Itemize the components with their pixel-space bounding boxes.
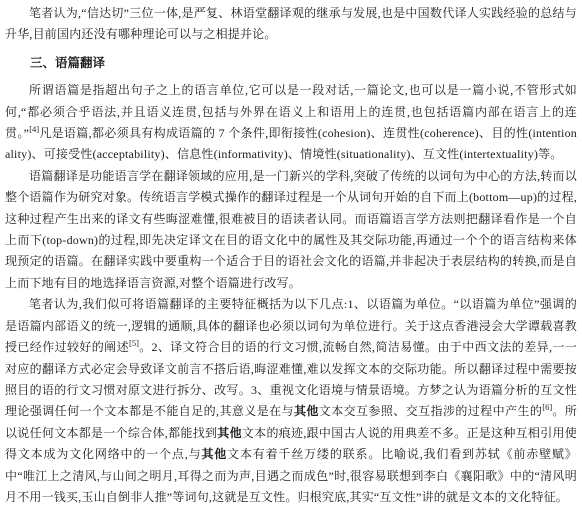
- emphasized-text: 其他: [217, 426, 242, 440]
- paragraph-discourse-translation-theory: 语篇翻译是功能语言学在翻译领域的应用,是一门新兴的学科,突破了传统的以词句为中心…: [5, 166, 577, 294]
- text-segment: 笔者认为,“信达切”三位一体,是严复、林语堂翻译观的继承与发展,也是中国数代译人…: [5, 6, 577, 41]
- paragraph-discourse-translation-features: 笔者认为,我们似可将语篇翻译的主要特征概括为以下几点:1、以语篇为单位。“以语篇…: [5, 294, 577, 508]
- paragraph-xindaqie-conclusion: 笔者认为,“信达切”三位一体,是严复、林语堂翻译观的继承与发展,也是中国数代译人…: [5, 3, 577, 46]
- text-segment: 凡是语篇,都必须具有构成语篇的 7 个条件,即衔接性(cohesion)、连贯性…: [5, 126, 577, 161]
- text-segment: 语篇翻译是功能语言学在翻译领域的应用,是一门新兴的学科,突破了传统的以词句为中心…: [5, 169, 577, 290]
- emphasized-text: 其他: [201, 447, 227, 461]
- paragraph-discourse-definition: 所谓语篇是指超出句子之上的语言单位,它可以是一段对话,一篇论文,也可以是一篇小说…: [5, 80, 577, 166]
- emphasized-text: 其他: [294, 404, 319, 418]
- citation-reference: [5]: [129, 338, 139, 348]
- section-heading-discourse-translation: 三、语篇翻译: [5, 53, 577, 74]
- text-segment: 文本交互参照、交互指涉的过程中产生的: [319, 404, 542, 418]
- citation-reference: [4]: [29, 124, 39, 134]
- document-page: 笔者认为,“信达切”三位一体,是严复、林语堂翻译观的继承与发展,也是中国数代译人…: [0, 0, 582, 514]
- citation-reference: [6]: [542, 402, 552, 412]
